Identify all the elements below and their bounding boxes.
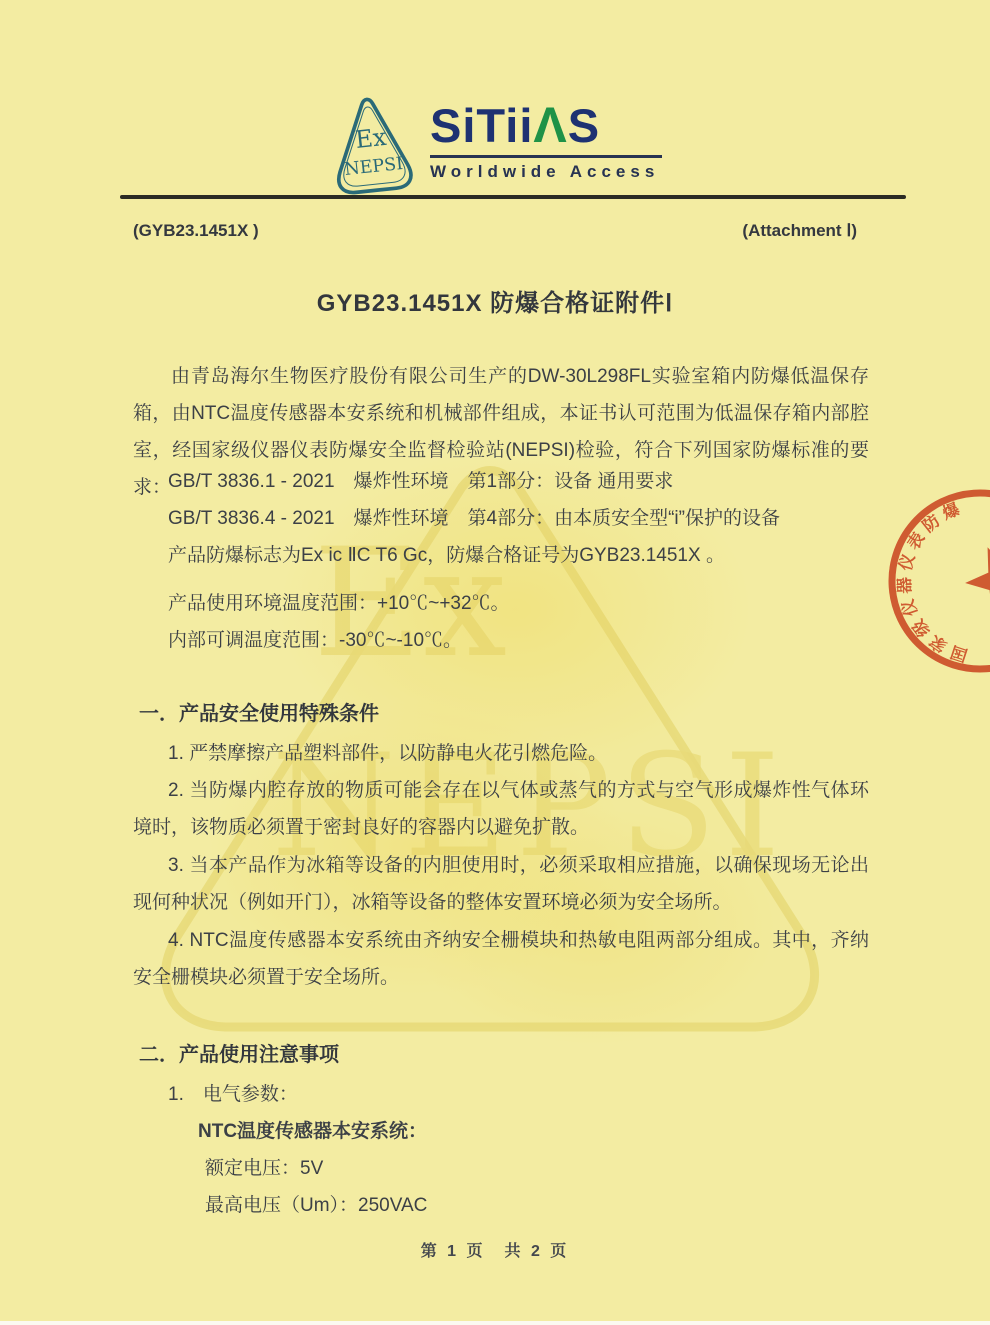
sitiias-logo: SiTiiΛs Worldwide Access — [430, 100, 690, 182]
stamp-star-icon — [963, 544, 990, 617]
brand-tagline: Worldwide Access — [430, 162, 690, 182]
page-number-footer: 第 1 页 共 2 页 — [0, 1238, 990, 1261]
brand-part1: SiTii — [430, 99, 533, 152]
page-title: GYB23.1451X 防爆合格证附件Ⅰ — [0, 283, 990, 318]
reference-row: (GYB23.1451X ) (Attachment Ⅰ) — [133, 221, 857, 241]
brand-caret-icon: Λ — [533, 97, 567, 153]
brand-underline — [430, 155, 662, 158]
section2-item-1: 1. 电气参数： — [168, 1076, 298, 1113]
internal-temperature-line: 内部可调温度范围：-30℃~-10℃。 — [168, 622, 462, 659]
certificate-page: Ex NEPSI Ex NEPSI SiTiiΛs Worldwide Acce… — [0, 0, 990, 1325]
max-voltage-line: 最高电压（Um）：250VAC — [205, 1187, 427, 1224]
sitiias-wordmark: SiTiiΛs — [430, 100, 690, 151]
content-layer: Ex NEPSI SiTiiΛs Worldwide Access (GYB23… — [0, 0, 990, 1325]
rated-voltage-line: 额定电压：5V — [205, 1150, 323, 1187]
brand-part2: s — [568, 99, 600, 152]
header-divider — [120, 195, 906, 199]
official-stamp-seal: 国家级仪器仪表防爆 — [880, 478, 990, 690]
nepsi-badge-ex: Ex — [354, 123, 388, 154]
scan-bottom-edge — [0, 1321, 990, 1325]
svg-text:国家级仪器仪表防爆: 国家级仪器仪表防爆 — [889, 496, 978, 669]
attachment-label: (Attachment Ⅰ) — [742, 221, 857, 241]
nepsi-badge-name: NEPSI — [344, 154, 404, 180]
ntc-system-line: NTC温度传感器本安系统： — [198, 1113, 427, 1150]
stamp-arc-text: 国家级仪器仪表防爆 — [889, 496, 978, 669]
certificate-number: (GYB23.1451X ) — [133, 221, 259, 241]
standard-line-1: GB/T 3836.1 - 2021 爆炸性环境 第1部分：设备 通用要求 — [168, 463, 673, 500]
section2-heading: 二．产品使用注意事项 — [139, 1038, 339, 1067]
standard-line-2: GB/T 3836.4 - 2021 爆炸性环境 第4部分：由本质安全型“i”保… — [168, 500, 780, 537]
section1-heading: 一．产品安全使用特殊条件 — [139, 697, 379, 726]
section1-item-2: 2. 当防爆内腔存放的物质可能会存在以气体或蒸气的方式与空气形成爆炸性气体环境时… — [133, 772, 869, 846]
section1-item-3: 3. 当本产品作为冰箱等设备的内胆使用时，必须采取相应措施，以确保现场无论出现何… — [133, 847, 869, 921]
section1-item-1: 1. 严禁摩擦产品塑料部件，以防静电火花引燃危险。 — [133, 735, 869, 772]
ambient-temperature-line: 产品使用环境温度范围：+10℃~+32℃。 — [168, 585, 510, 622]
section1-item-4: 4. NTC温度传感器本安系统由齐纳安全栅模块和热敏电阻两部分组成。其中，齐纳安… — [133, 922, 869, 996]
nepsi-logo-icon: Ex NEPSI — [320, 89, 423, 210]
ex-marking-line: 产品防爆标志为Ex ic ⅡC T6 Gc，防爆合格证号为GYB23.1451X… — [168, 537, 725, 574]
